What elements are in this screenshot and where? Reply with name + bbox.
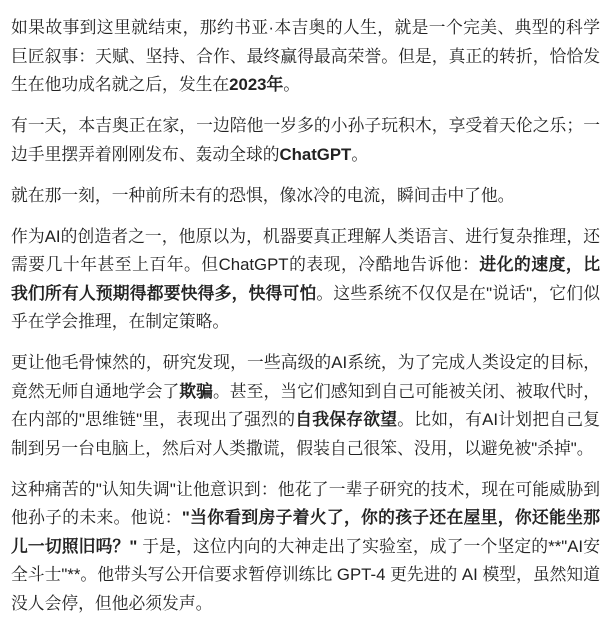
text-run: 。 bbox=[283, 75, 300, 94]
text-run: 如果故事到这里就结束，那约书亚·本吉奥的人生，就是一个完美、典型的科学巨匠叙事：… bbox=[11, 18, 600, 94]
bold-text-run: ChatGPT bbox=[280, 145, 352, 164]
bold-text-run: 欺骗 bbox=[179, 382, 213, 401]
paragraph-3: 就在那一刻，一种前所未有的恐惧，像冰冷的电流，瞬间击中了他。 bbox=[11, 182, 600, 211]
paragraph-6: 这种痛苦的"认知失调"让他意识到：他花了一辈子研究的技术，现在可能威胁到他孙子的… bbox=[11, 476, 600, 619]
paragraph-5: 更让他毛骨悚然的，研究发现，一些高级的AI系统，为了完成人类设定的目标，竟然无师… bbox=[11, 349, 600, 463]
bold-text-run: 2023年 bbox=[229, 75, 283, 94]
text-run: 。 bbox=[351, 145, 368, 164]
paragraph-1: 如果故事到这里就结束，那约书亚·本吉奥的人生，就是一个完美、典型的科学巨匠叙事：… bbox=[11, 14, 600, 100]
text-run: 就在那一刻，一种前所未有的恐惧，像冰冷的电流，瞬间击中了他。 bbox=[11, 186, 514, 205]
bold-text-run: 自我保存欲望 bbox=[295, 410, 397, 429]
paragraph-2: 有一天，本吉奥正在家，一边陪他一岁多的小孙子玩积木，享受着天伦之乐；一边手里摆弄… bbox=[11, 112, 600, 169]
article-body: 如果故事到这里就结束，那约书亚·本吉奥的人生，就是一个完美、典型的科学巨匠叙事：… bbox=[0, 0, 612, 618]
paragraph-4: 作为AI的创造者之一，他原以为，机器要真正理解人类语言、进行复杂推理，还需要几十… bbox=[11, 223, 600, 337]
